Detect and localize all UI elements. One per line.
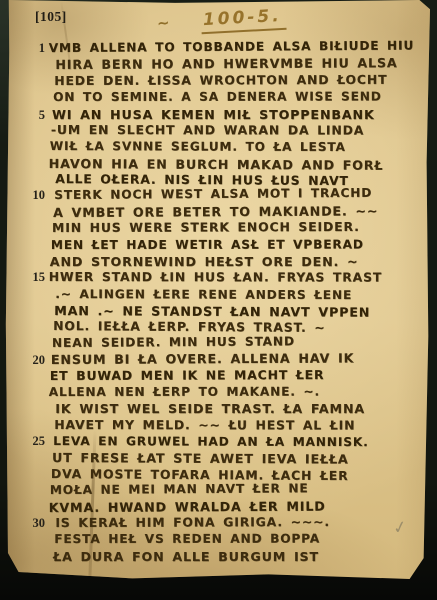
printed-line-number: 5 [17, 108, 52, 123]
handwritten-text: ET BUWAD MEN IK NE MACHT ŁER [50, 368, 325, 383]
handwritten-text: ON TO SEMINE. A SA DENERA WISE SEND [53, 90, 382, 105]
manuscript-line: -UM EN SLECHT AND WARAN DA LINDA [17, 123, 426, 139]
manuscript-line: 5 WI AN HUSA KEMEN MIŁ STOPPENBANK [17, 107, 426, 123]
manuscript-line: MOŁA NE MEI MAN NAVT ŁER NE [17, 483, 426, 499]
printed-line-number: 25 [17, 434, 52, 449]
handwritten-text: HAVON HIA EN BURCH MAKAD AND FORŁ [49, 156, 384, 173]
handwritten-text: HWER STAND ŁIN HUS ŁAN. FRYAS TRAST [49, 270, 383, 285]
manuscript-line: NOL. IEŁŁA ŁERP. FRYAS TRAST. ~ [17, 319, 426, 335]
printed-line-number: 1 [17, 41, 52, 56]
handwritten-text: NOL. IEŁŁA ŁERP. FRYAS TRAST. ~ [53, 319, 326, 335]
header-dash-mark: ~ [156, 13, 170, 32]
manuscript-line: 15 HWER STAND ŁIN HUS ŁAN. FRYAS TRAST [17, 270, 426, 286]
handwritten-text: FESTA HEŁ VS REDEN AND BOPPA [54, 532, 320, 546]
handwritten-text: -UM EN SLECHT AND WARAN DA LINDA [51, 123, 364, 138]
handwritten-text: HIRA BERN HO AND HWERVMBE HIU ALSA [55, 56, 397, 73]
printed-page-number: [105] [35, 9, 67, 25]
handwritten-text: WIŁ ŁA SVNNE SEGLUM. TO ŁA LESTA [50, 139, 346, 154]
manuscript-line: 10 STERK NOCH WEST ALSA MOT I TRACHD [17, 188, 426, 204]
handwritten-text: .~ ALINGEN ŁERE RENE ANDERS ŁENE [55, 287, 352, 302]
manuscript-line: ALLENA NEN ŁERP TO MAKANE. ~. [17, 385, 426, 401]
handwritten-text: IS KERAŁ HIM FONA GIRIGA. ~~~. [55, 515, 330, 530]
handwritten-text: ENSUM BI ŁA OVERE. ALLENA HAV IK [51, 351, 354, 368]
printed-line-number: 20 [17, 353, 52, 368]
handwritten-text: STERK NOCH WEST ALSA MOT I TRACHD [54, 186, 372, 202]
manuscript-line: ŁA DURA FON ALLE BURGUM IST [17, 549, 426, 565]
manuscript-line: A VMBET ORE BETER TO MAKIANDE. ~~ [17, 205, 426, 221]
scanned-manuscript-page: [105] ~ 100-5. 1 VMB ALLENA TO TOBBANDE … [0, 0, 437, 600]
manuscript-line: IK WIST WEL SEIDE TRAST. ŁA FAMNA [17, 401, 426, 417]
handwritten-text: MIN HUS WERE STERK ENOCH SEIDER. [52, 220, 360, 235]
handwritten-text: AND STORNEWIND HEŁST ORE DEN. ~ [50, 254, 359, 269]
manuscript-line: MAN .~ NE STANDST ŁAN NAVT VPPEN [17, 303, 426, 319]
manuscript-line: 25 LEVA EN GRUWEL HAD AN ŁA MANNISK. [17, 434, 426, 450]
handwritten-header-number: 100-5. [200, 6, 286, 34]
manuscript-line: ON TO SEMINE. A SA DENERA WISE SEND [17, 90, 426, 106]
manuscript-line: 30 IS KERAŁ HIM FONA GIRIGA. ~~~. [17, 516, 426, 532]
handwritten-text: ALLENA NEN ŁERP TO MAKANE. ~. [49, 384, 320, 398]
manuscript-line: AND STORNEWIND HEŁST ORE DEN. ~ [17, 254, 426, 270]
manuscript-line: UT FRESE ŁAT STE AWET IEVA IEŁŁA [17, 450, 426, 466]
manuscript-line: HAVON HIA EN BURCH MAKAD AND FORŁ [17, 156, 426, 172]
handwritten-text: MOŁA NE MEI MAN NAVT ŁER NE [50, 481, 309, 497]
manuscript-line: MIN HUS WERE STERK ENOCH SEIDER. [17, 221, 426, 237]
printed-line-number: 15 [17, 270, 52, 285]
handwritten-text: HEDE DEN. ŁISSA WROCHTON AND ŁOCHT [54, 73, 387, 88]
manuscript-line: WIŁ ŁA SVNNE SEGLUM. TO ŁA LESTA [17, 139, 426, 155]
manuscript-line: HIRA BERN HO AND HWERVMBE HIU ALSA [17, 57, 426, 73]
manuscript-paper: [105] ~ 100-5. 1 VMB ALLENA TO TOBBANDE … [5, 0, 430, 579]
handwritten-text: KVMA. HWAND WRALDA ŁER MILD [49, 498, 326, 514]
handwritten-text: NEAN SEIDER. MIN HUS STAND [52, 334, 295, 350]
manuscript-line: .~ ALINGEN ŁERE RENE ANDERS ŁENE [17, 287, 426, 303]
handwritten-text: MAN .~ NE STANDST ŁAN NAVT VPPEN [54, 303, 370, 320]
handwritten-text: WI AN HUSA KEMEN MIŁ STOPPENBANK [52, 107, 375, 122]
handwritten-text: A VMBET ORE BETER TO MAKIANDE. ~~ [53, 203, 378, 220]
manuscript-line: HEDE DEN. ŁISSA WROCHTON AND ŁOCHT [17, 74, 426, 90]
manuscript-line: NEAN SEIDER. MIN HUS STAND [17, 336, 426, 352]
manuscript-line: FESTA HEŁ VS REDEN AND BOPPA [17, 532, 426, 548]
printed-line-number: 10 [17, 188, 52, 203]
handwritten-text: IK WIST WEL SEIDE TRAST. ŁA FAMNA [55, 401, 365, 416]
handwritten-text: VMB ALLENA TO TOBBANDE ALSA BIŁIUDE HIU [49, 38, 415, 55]
handwritten-text: MEN ŁET HADE WETIR ASŁ ET VPBERAD [51, 237, 364, 252]
manuscript-text-block: 1 VMB ALLENA TO TOBBANDE ALSA BIŁIUDE HI… [17, 41, 426, 565]
handwritten-text: ŁA DURA FON ALLE BURGUM IST [53, 549, 319, 564]
manuscript-line: 20 ENSUM BI ŁA OVERE. ALLENA HAV IK [17, 352, 426, 368]
manuscript-line: ET BUWAD MEN IK NE MACHT ŁER [17, 369, 426, 385]
printed-line-number: 30 [17, 516, 52, 531]
handwritten-text: HAVET MY MELD. ~~ ŁU HEST AL ŁIN [54, 418, 355, 433]
handwritten-text: UT FRESE ŁAT STE AWET IEVA IEŁŁA [52, 450, 349, 467]
handwritten-text: LEVA EN GRUWEL HAD AN ŁA MANNISK. [53, 434, 369, 449]
manuscript-line: MEN ŁET HADE WETIR ASŁ ET VPBERAD [17, 238, 426, 254]
manuscript-line: KVMA. HWAND WRALDA ŁER MILD [17, 500, 426, 516]
manuscript-line: DVA MOSTE TOFARA HIAM. ŁACH ŁER [17, 467, 426, 483]
manuscript-line: HAVET MY MELD. ~~ ŁU HEST AL ŁIN [17, 418, 426, 434]
